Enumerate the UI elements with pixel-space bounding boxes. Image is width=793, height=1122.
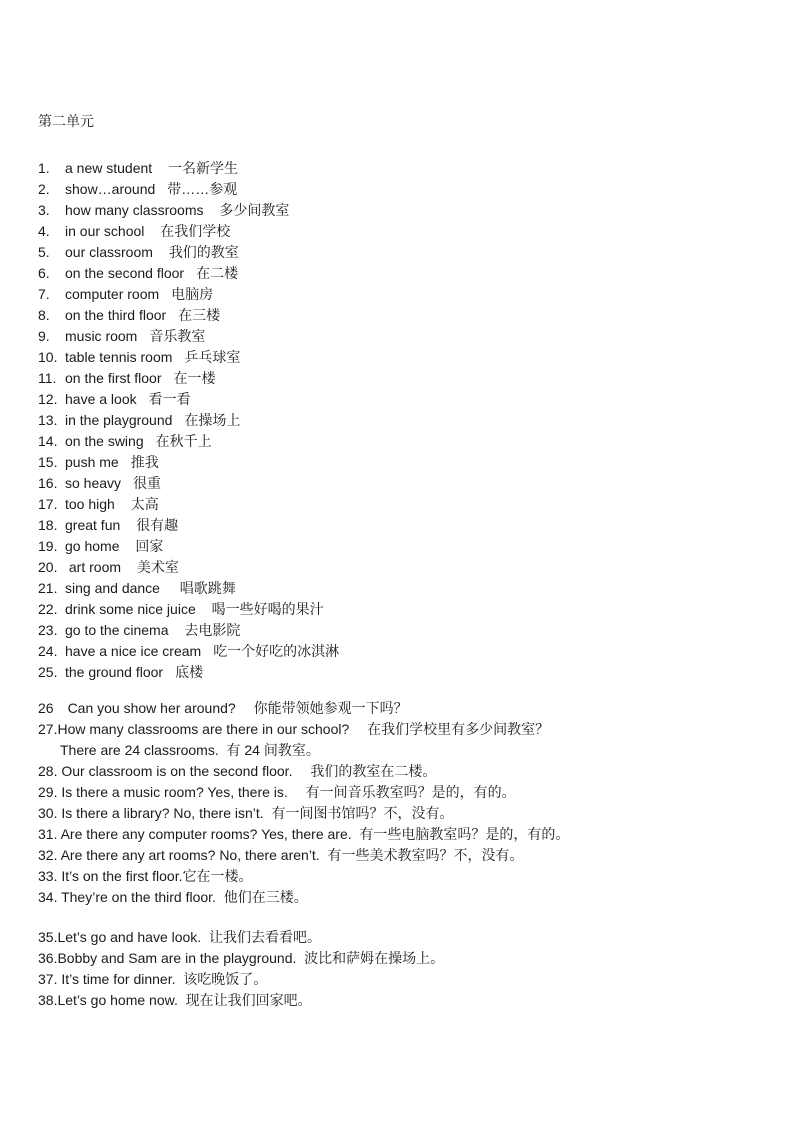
vocab-row: 11. on the first floor 在一楼	[38, 368, 755, 389]
vocab-row: 7. computer room 电脑房	[38, 284, 755, 305]
vocab-chinese: 乒乓球室	[184, 347, 240, 368]
vocab-number: 23.	[38, 620, 65, 641]
vocab-number: 10.	[38, 347, 65, 368]
vocab-chinese: 电脑房	[171, 284, 213, 305]
vocab-number: 25.	[38, 662, 65, 683]
vocab-english: too high	[65, 494, 115, 515]
vocab-row: 5. our classroom 我们的教室	[38, 242, 755, 263]
vocab-number: 12.	[38, 389, 65, 410]
sentence-line: 28. Our classroom is on the second floor…	[38, 761, 755, 782]
vocab-chinese: 在一楼	[174, 368, 216, 389]
vocab-row: 10. table tennis room 乒乓球室	[38, 347, 755, 368]
vocab-number: 11.	[38, 368, 65, 389]
vocab-row: 25. the ground floor 底楼	[38, 662, 755, 683]
vocab-english: so heavy	[65, 473, 121, 494]
sentence-line: There are 24 classrooms. 有 24 间教室。	[38, 740, 755, 761]
vocab-row: 16. so heavy 很重	[38, 473, 755, 494]
vocab-number: 18.	[38, 515, 65, 536]
vocab-chinese: 喝一些好喝的果汁	[208, 599, 324, 620]
vocab-english: go to the cinema	[65, 620, 169, 641]
vocab-number: 9.	[38, 326, 65, 347]
vocab-row: 17. too high 太高	[38, 494, 755, 515]
vocab-english: go home	[65, 536, 119, 557]
vocab-number: 20.	[38, 557, 65, 578]
vocab-english: art room	[65, 557, 121, 578]
vocab-number: 2.	[38, 179, 65, 200]
sentence-line: 35.Let’s go and have look. 让我们去看看吧。	[38, 927, 755, 948]
vocab-english: music room	[65, 326, 137, 347]
vocab-row: 19. go home 回家	[38, 536, 755, 557]
vocab-number: 24.	[38, 641, 65, 662]
vocab-row: 4. in our school 在我们学校	[38, 221, 755, 242]
vocab-chinese: 底楼	[175, 662, 203, 683]
vocab-number: 8.	[38, 305, 65, 326]
vocab-row: 24. have a nice ice cream 吃一个好吃的冰淇淋	[38, 641, 755, 662]
vocab-english: the ground floor	[65, 662, 163, 683]
vocab-chinese: 音乐教室	[149, 326, 205, 347]
vocab-row: 15. push me 推我	[38, 452, 755, 473]
vocab-number: 5.	[38, 242, 65, 263]
vocab-english: sing and dance	[65, 578, 160, 599]
vocab-english: drink some nice juice	[65, 599, 196, 620]
vocab-number: 22.	[38, 599, 65, 620]
vocab-chinese: 唱歌跳舞	[172, 578, 236, 599]
vocab-number: 4.	[38, 221, 65, 242]
sentence-line: 32. Are there any art rooms? No, there a…	[38, 845, 755, 866]
vocab-row: 13. in the playground 在操场上	[38, 410, 755, 431]
vocab-number: 19.	[38, 536, 65, 557]
vocab-chinese: 看一看	[149, 389, 191, 410]
vocab-chinese: 带……参观	[167, 179, 237, 200]
unit-title: 第二单元	[38, 112, 755, 133]
vocab-chinese: 很有趣	[132, 515, 178, 536]
vocab-number: 1.	[38, 158, 65, 179]
vocab-english: on the third floor	[65, 305, 166, 326]
vocab-number: 3.	[38, 200, 65, 221]
sentence-line: 31. Are there any computer rooms? Yes, t…	[38, 824, 755, 845]
vocab-row: 12. have a look 看一看	[38, 389, 755, 410]
vocab-number: 13.	[38, 410, 65, 431]
vocab-chinese: 多少间教室	[216, 200, 290, 221]
vocab-chinese: 美术室	[133, 557, 179, 578]
document-page: 第二单元 1. a new student 一名新学生 2. show…arou…	[0, 0, 793, 1122]
vocab-number: 14.	[38, 431, 65, 452]
vocab-number: 15.	[38, 452, 65, 473]
vocab-english: show…around	[65, 179, 155, 200]
vocab-english: in our school	[65, 221, 144, 242]
vocab-english: in the playground	[65, 410, 172, 431]
sentence-line: 29. Is there a music room? Yes, there is…	[38, 782, 755, 803]
vocab-row: 22. drink some nice juice 喝一些好喝的果汁	[38, 599, 755, 620]
vocab-row: 8. on the third floor 在三楼	[38, 305, 755, 326]
vocab-chinese: 吃一个好吃的冰淇淋	[213, 641, 339, 662]
vocab-chinese: 一名新学生	[164, 158, 238, 179]
vocab-chinese: 回家	[131, 536, 163, 557]
vocab-chinese: 在操场上	[184, 410, 240, 431]
vocab-english: on the first floor	[65, 368, 162, 389]
vocab-row: 2. show…around 带……参观	[38, 179, 755, 200]
sentence-line: 30. Is there a library? No, there isn’t.…	[38, 803, 755, 824]
sentence-block-b: 35.Let’s go and have look. 让我们去看看吧。 36.B…	[38, 927, 755, 1011]
vocab-number: 6.	[38, 263, 65, 284]
vocab-english: table tennis room	[65, 347, 172, 368]
vocab-chinese: 在二楼	[196, 263, 238, 284]
sentence-block-a: 26 Can you show her around? 你能带领她参观一下吗？ …	[38, 698, 755, 908]
sentence-line: 26 Can you show her around? 你能带领她参观一下吗？	[38, 698, 755, 719]
vocab-row: 3. how many classrooms 多少间教室	[38, 200, 755, 221]
vocab-chinese: 我们的教室	[165, 242, 239, 263]
sentence-line: 34. They’re on the third floor. 他们在三楼。	[38, 887, 755, 908]
vocab-row: 9. music room 音乐教室	[38, 326, 755, 347]
vocab-row: 20. art room 美术室	[38, 557, 755, 578]
vocab-number: 7.	[38, 284, 65, 305]
vocab-chinese: 在我们学校	[156, 221, 230, 242]
vocab-row: 14. on the swing 在秋千上	[38, 431, 755, 452]
vocab-english: on the second floor	[65, 263, 184, 284]
vocab-row: 1. a new student 一名新学生	[38, 158, 755, 179]
vocab-chinese: 去电影院	[181, 620, 241, 641]
vocab-chinese: 在三楼	[178, 305, 220, 326]
sentence-line: 37. It’s time for dinner. 该吃晚饭了。	[38, 969, 755, 990]
vocab-chinese: 在秋千上	[156, 431, 212, 452]
vocab-english: have a nice ice cream	[65, 641, 201, 662]
sentence-line: 27.How many classrooms are there in our …	[38, 719, 755, 740]
sentence-line: 38.Let’s go home now. 现在让我们回家吧。	[38, 990, 755, 1011]
vocab-chinese: 很重	[133, 473, 161, 494]
vocab-english: on the swing	[65, 431, 144, 452]
vocab-english: computer room	[65, 284, 159, 305]
vocab-list: 1. a new student 一名新学生 2. show…around 带……	[38, 158, 755, 683]
vocab-row: 6. on the second floor 在二楼	[38, 263, 755, 284]
vocab-english: push me	[65, 452, 119, 473]
vocab-row: 21. sing and dance 唱歌跳舞	[38, 578, 755, 599]
sentence-line: 36.Bobby and Sam are in the playground. …	[38, 948, 755, 969]
vocab-english: great fun	[65, 515, 120, 536]
vocab-english: a new student	[65, 158, 152, 179]
vocab-english: our classroom	[65, 242, 153, 263]
vocab-chinese: 太高	[127, 494, 159, 515]
vocab-english: how many classrooms	[65, 200, 204, 221]
vocab-row: 18. great fun 很有趣	[38, 515, 755, 536]
vocab-number: 21.	[38, 578, 65, 599]
vocab-number: 17.	[38, 494, 65, 515]
vocab-number: 16.	[38, 473, 65, 494]
vocab-english: have a look	[65, 389, 137, 410]
sentence-line: 33. It’s on the first floor.它在一楼。	[38, 866, 755, 887]
vocab-row: 23. go to the cinema 去电影院	[38, 620, 755, 641]
vocab-chinese: 推我	[131, 452, 159, 473]
